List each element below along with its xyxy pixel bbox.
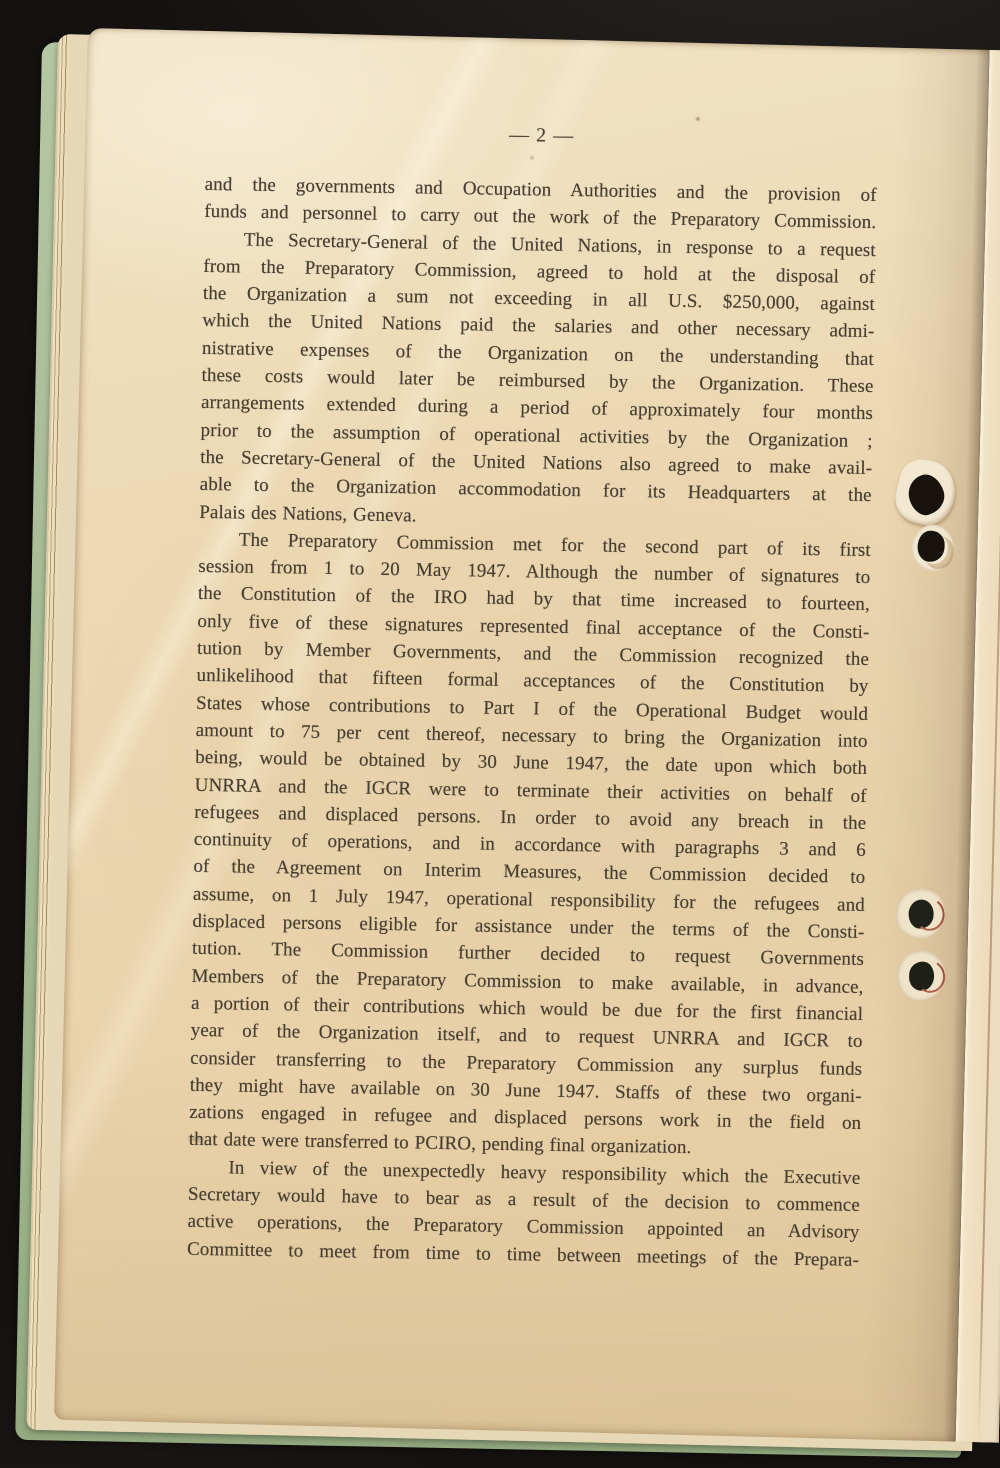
next-page-edge-line (978, 51, 1000, 1443)
paragraph: In view of the unexpectedly heavy respon… (187, 1153, 861, 1273)
gutter-fold-shadow (862, 48, 990, 1442)
paragraph: The Preparatory Commission met for the s… (189, 526, 871, 1165)
scan-photo: { "document": { "page_number": "— 2 —", … (0, 0, 1000, 1468)
book-page: — 2 — and the governments and Occupation… (54, 28, 1000, 1443)
paragraph: The Secretary-General of the United Nati… (199, 225, 876, 536)
page-text: and the governments and Occupation Autho… (187, 171, 877, 1274)
next-page-edge (956, 50, 1000, 1443)
printed-content: — 2 — and the governments and Occupation… (187, 119, 878, 1274)
page-number: — 2 — (205, 119, 877, 152)
